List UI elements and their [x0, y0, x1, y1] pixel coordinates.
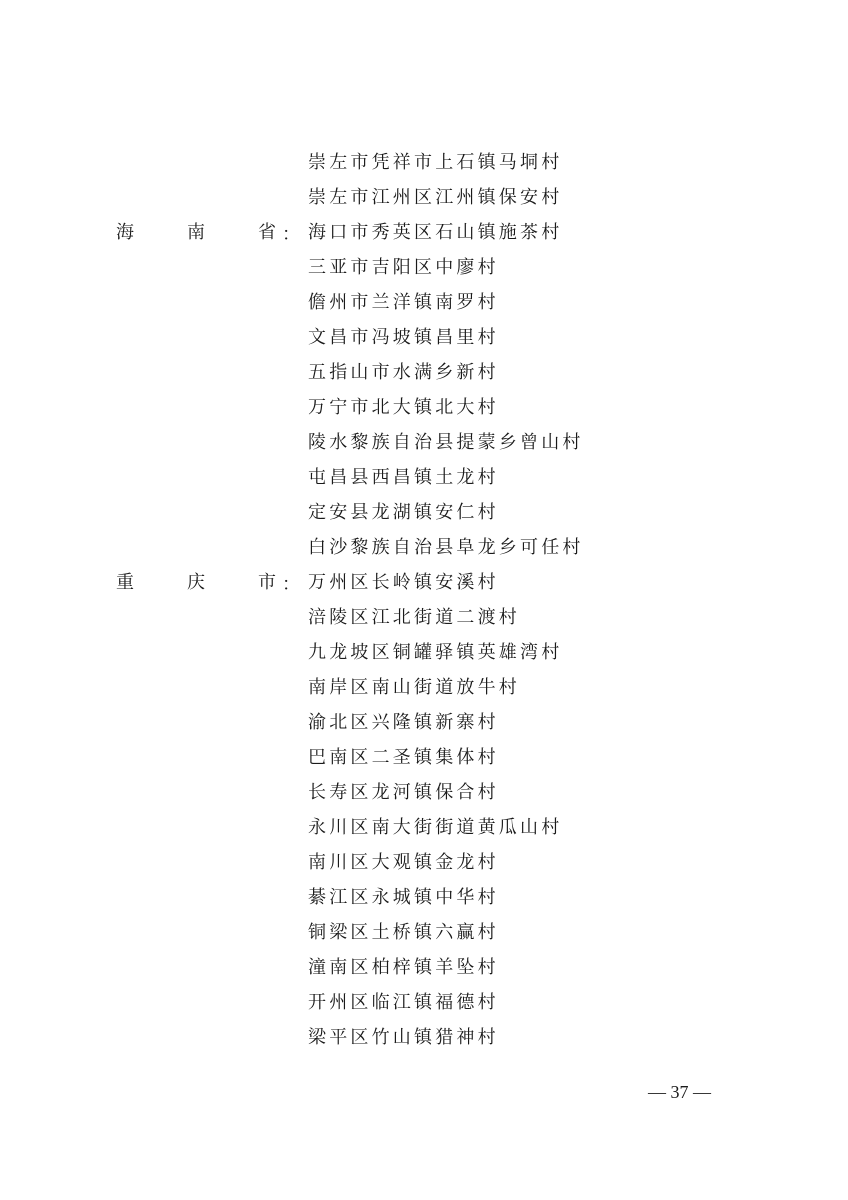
separator: ：	[282, 573, 300, 597]
village-entry: 綦江区永城镇中华村	[308, 886, 499, 910]
village-entry: 长寿区龙河镇保合村	[308, 781, 499, 805]
village-entry: 潼南区柏梓镇羊坠村	[308, 956, 499, 980]
village-entry: 铜梁区土桥镇六赢村	[308, 921, 499, 945]
list-item: 文昌市冯坡镇昌里村	[0, 326, 848, 361]
village-entry: 文昌市冯坡镇昌里村	[308, 326, 499, 350]
village-entry: 万宁市北大镇北大村	[308, 396, 499, 420]
village-entry: 白沙黎族自治县阜龙乡可任村	[308, 536, 584, 560]
village-entry: 崇左市江州区江州镇保安村	[308, 186, 562, 210]
list-item: 九龙坡区铜罐驿镇英雄湾村	[0, 641, 848, 676]
list-item: 南川区大观镇金龙村	[0, 851, 848, 886]
document-page: 崇左市凭祥市上石镇马垌村 崇左市江州区江州镇保安村 海 南 省 ： 海口市秀英区…	[0, 0, 848, 1200]
village-entry: 陵水黎族自治县提蒙乡曾山村	[308, 431, 584, 455]
province-char: 海	[116, 221, 134, 245]
list-item: 白沙黎族自治县阜龙乡可任村	[0, 536, 848, 571]
village-entry: 梁平区竹山镇猎神村	[308, 1026, 499, 1050]
village-entry: 九龙坡区铜罐驿镇英雄湾村	[308, 641, 562, 665]
village-entry: 五指山市水满乡新村	[308, 361, 499, 385]
village-entry: 屯昌县西昌镇土龙村	[308, 466, 499, 490]
list-item: 三亚市吉阳区中廖村	[0, 256, 848, 291]
list-item: 长寿区龙河镇保合村	[0, 781, 848, 816]
province-row-hainan: 海 南 省 ： 海口市秀英区石山镇施茶村	[0, 221, 848, 256]
village-entry: 三亚市吉阳区中廖村	[308, 256, 499, 280]
province-char: 庆	[187, 571, 205, 595]
village-entry: 定安县龙湖镇安仁村	[308, 501, 499, 525]
village-entry: 崇左市凭祥市上石镇马垌村	[308, 151, 562, 175]
list-item: 崇左市江州区江州镇保安村	[0, 186, 848, 221]
list-item: 綦江区永城镇中华村	[0, 886, 848, 921]
separator: ：	[282, 223, 300, 247]
list-item: 永川区南大街街道黄瓜山村	[0, 816, 848, 851]
village-entry: 海口市秀英区石山镇施茶村	[308, 221, 562, 245]
village-entry: 巴南区二圣镇集体村	[308, 746, 499, 770]
province-char: 重	[116, 571, 134, 595]
province-char: 南	[187, 221, 205, 245]
village-entry: 儋州市兰洋镇南罗村	[308, 291, 499, 315]
province-char: 省	[258, 221, 276, 245]
province-char: 市	[258, 571, 276, 595]
list-item: 儋州市兰洋镇南罗村	[0, 291, 848, 326]
province-row-chongqing: 重 庆 市 ： 万州区长岭镇安溪村	[0, 571, 848, 606]
province-label: 重 庆 市	[116, 571, 276, 595]
list-item: 梁平区竹山镇猎神村	[0, 1026, 848, 1061]
list-item: 南岸区南山街道放牛村	[0, 676, 848, 711]
list-item: 五指山市水满乡新村	[0, 361, 848, 396]
list-item: 潼南区柏梓镇羊坠村	[0, 956, 848, 991]
list-item: 陵水黎族自治县提蒙乡曾山村	[0, 431, 848, 466]
village-entry: 开州区临江镇福德村	[308, 991, 499, 1015]
list-item: 定安县龙湖镇安仁村	[0, 501, 848, 536]
list-item: 铜梁区土桥镇六赢村	[0, 921, 848, 956]
village-entry: 万州区长岭镇安溪村	[308, 571, 499, 595]
list-item: 渝北区兴隆镇新寨村	[0, 711, 848, 746]
list-item: 涪陵区江北街道二渡村	[0, 606, 848, 641]
list-item: 崇左市凭祥市上石镇马垌村	[0, 151, 848, 186]
village-entry: 南岸区南山街道放牛村	[308, 676, 520, 700]
list-item: 开州区临江镇福德村	[0, 991, 848, 1026]
list-item: 屯昌县西昌镇土龙村	[0, 466, 848, 501]
page-number: — 37 —	[648, 1080, 711, 1104]
village-entry: 永川区南大街街道黄瓜山村	[308, 816, 562, 840]
list-item: 巴南区二圣镇集体村	[0, 746, 848, 781]
province-label: 海 南 省	[116, 221, 276, 245]
village-entry: 渝北区兴隆镇新寨村	[308, 711, 499, 735]
village-entry: 涪陵区江北街道二渡村	[308, 606, 520, 630]
village-entry: 南川区大观镇金龙村	[308, 851, 499, 875]
list-item: 万宁市北大镇北大村	[0, 396, 848, 431]
